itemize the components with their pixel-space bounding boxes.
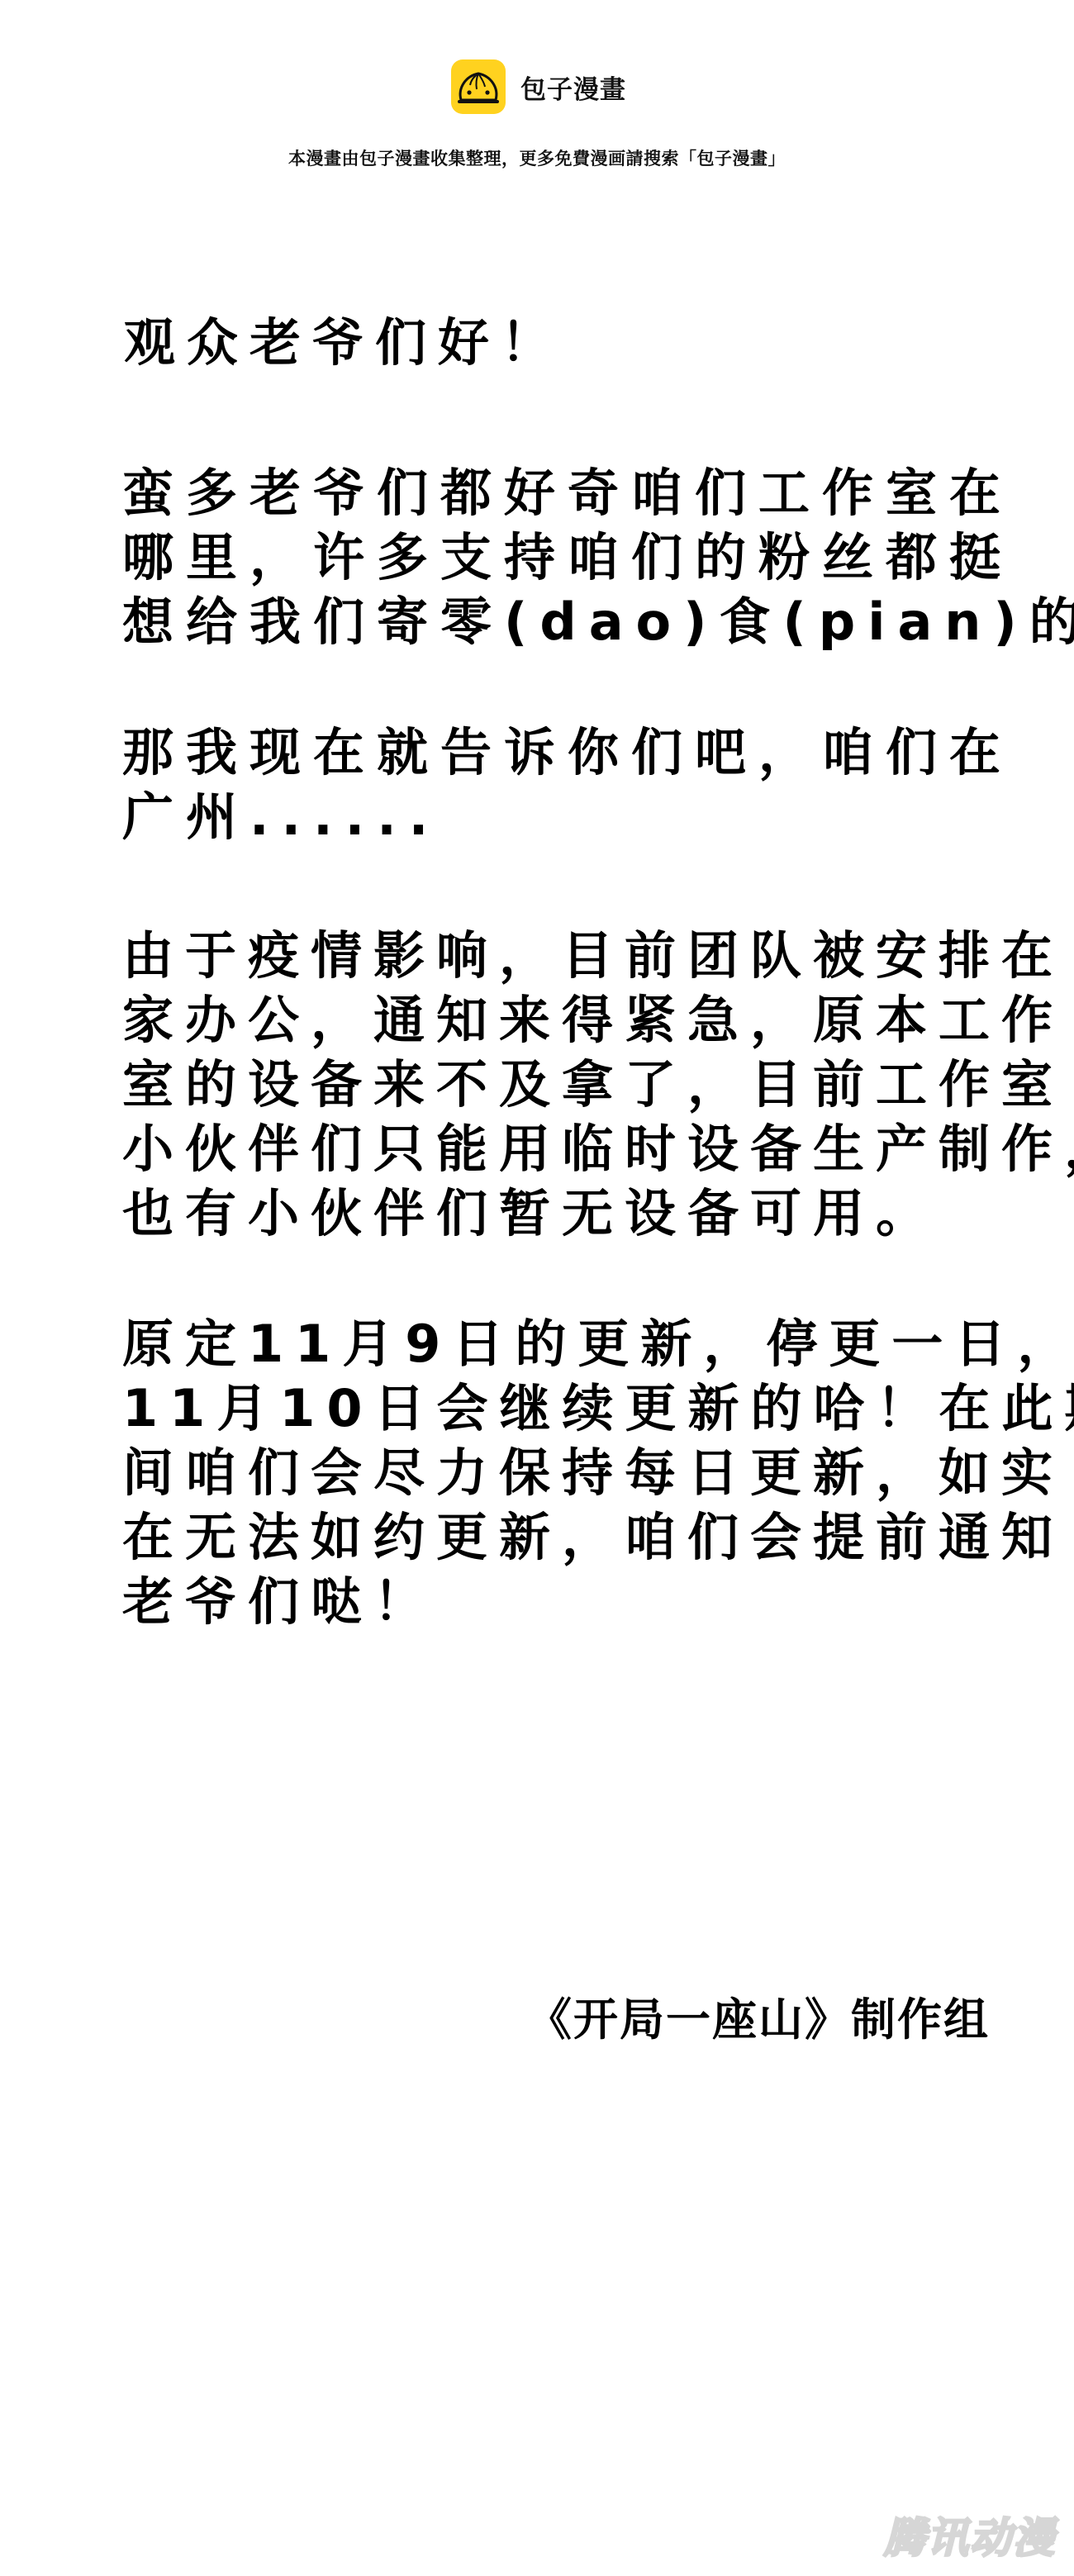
paragraph-line: 那我现在就告诉你们吧，咱们在 [122,720,1013,785]
tencent-comics-watermark: 腾讯动漫 [884,2513,1056,2563]
steamed-bun-logo-icon [451,59,506,114]
notice-paragraph-4: 原定11月9日的更新，停更一日， 11月10日会继续更新的哈！在此期 间咱们会尽… [122,1312,1074,1634]
paragraph-line: 想给我们寄零(dao)食(pian)的！ [122,590,1074,654]
paragraph-line: 也有小伙伴们暂无设备可用。 [122,1181,1074,1246]
notice-paragraph-1: 蛮多老爷们都好奇咱们工作室在 哪里，许多支持咱们的粉丝都挺 想给我们寄零(dao… [122,461,1074,654]
paragraph-line: 在无法如约更新，咱们会提前通知 [122,1505,1074,1570]
paragraph-line: 小伙伴们只能用临时设备生产制作， [122,1117,1074,1181]
notice-signature: 《开局一座山》制作组 [527,1991,990,2049]
paragraph-line: 室的设备来不及拿了，目前工作室 [122,1053,1074,1117]
notice-paragraph-3: 由于疫情影响，目前团队被安排在 家办公，通知来得紧急，原本工作 室的设备来不及拿… [122,924,1074,1246]
source-disclaimer: 本漫畫由包子漫畫收集整理，更多免費漫画請搜索「包子漫畫」 [0,145,1074,170]
paragraph-line: 哪里，许多支持咱们的粉丝都挺 [122,525,1074,590]
notice-paragraph-2: 那我现在就告诉你们吧，咱们在 广州...... [122,720,1013,849]
paragraph-line: 原定11月9日的更新，停更一日， [122,1312,1074,1376]
paragraph-line: 老爷们哒！ [122,1570,1074,1634]
notice-greeting: 观众老爷们好！ [124,311,563,375]
brand-header: 包子漫畫 [451,58,626,116]
paragraph-line: 广州...... [122,785,1013,849]
paragraph-line: 11月10日会继续更新的哈！在此期 [122,1376,1074,1441]
paragraph-line: 家办公，通知来得紧急，原本工作 [122,988,1074,1053]
paragraph-line: 蛮多老爷们都好奇咱们工作室在 [122,461,1074,525]
brand-name: 包子漫畫 [520,69,626,106]
paragraph-line: 由于疫情影响，目前团队被安排在 [122,924,1074,988]
paragraph-line: 间咱们会尽力保持每日更新，如实 [122,1441,1074,1505]
